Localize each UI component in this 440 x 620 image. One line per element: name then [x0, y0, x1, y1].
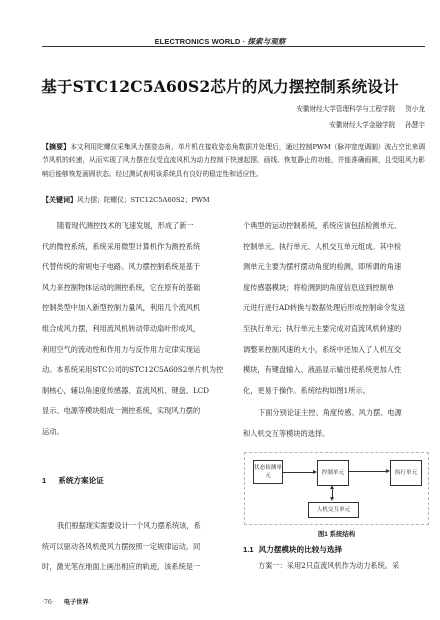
- body-line: 组合成风力摆，利用流风机转动带动扇叶形成风，: [42, 319, 222, 340]
- body-line: 测单元主要为摆杆摆动角度的检测，即所谓的角速: [243, 257, 428, 278]
- body-line: 控制单元、执行单元、人机交互单元组成。其中检: [243, 237, 428, 258]
- arrow-right-icon: [386, 469, 390, 473]
- body-line: 调整来控制风速的大小，系统中还加入了人机互交: [243, 340, 428, 361]
- running-head-en: ELECTRONICS WORLD: [155, 37, 241, 46]
- body-line: 代的微控系统，系统采用微型计算机作为测控系统: [42, 237, 222, 258]
- body-line: 个典型的运动控制系统，系统应该包括检测单元、: [243, 216, 428, 237]
- body-line: 利用空气的流动性和作用力与反作用力定律实现运: [42, 340, 222, 361]
- keywords-text: 风力摆；陀螺仪；STC12C5A60S2；PWM: [77, 196, 210, 204]
- body-line: 显示、电源等模块组成一测控系统，实现风力摆的: [42, 401, 222, 422]
- page-footer: ·76·电子世界: [42, 597, 89, 606]
- section-heading-1: 1系统方案论证: [42, 475, 104, 486]
- arrow-right-icon: [313, 470, 317, 474]
- page-number: ·76·: [42, 599, 54, 606]
- figure-system-structure: 状态检测单元 控制单元 执行单元 人机交互单元: [244, 452, 429, 525]
- abstract-text: 本文利用陀螺仪采集风力摆姿态角，单片机在接收姿态角数据并处理后，通过控制PWM（…: [42, 143, 425, 178]
- section-number: 1: [42, 476, 46, 485]
- author-2: 安徽财经大学金融学院孙慧宇: [329, 119, 425, 129]
- right-column-section-1-1: 方案一：采用2只直流风机作为动力系统。采: [243, 556, 428, 577]
- box-control: 控制单元: [317, 460, 349, 486]
- box-execute: 执行单元: [390, 460, 422, 486]
- arrow-up-icon: [330, 485, 334, 489]
- body-line: 代替传统的常规电子电路。风力摆控制系统是基于: [42, 257, 222, 278]
- body-line: 和人机交互等模块的选择。: [243, 424, 428, 445]
- body-line: 统可以驱动各风机使风力摆按照一定规律运动，同: [42, 537, 222, 558]
- body-line: 随着现代测控技术的飞速发展，形成了新一: [42, 216, 222, 237]
- figure-caption: 图1 系统结构: [244, 529, 429, 538]
- keywords: 【关键词】风力摆；陀螺仪；STC12C5A60S2；PWM: [42, 194, 210, 205]
- body-line: 元进行进行AD转换与数据处理后形成控制命令发送: [243, 298, 428, 319]
- body-line: 模块，有键盘输入、液晶显示输出使系统更加人性: [243, 360, 428, 381]
- left-column-section-1: 我们根据现实需要设计一个风力摆系统该，系 统可以驱动各风机使风力摆按照一定规律运…: [42, 516, 222, 578]
- arrow-line-detect-to-control: [282, 472, 313, 473]
- box-state-detect: 状态检测单元: [253, 460, 283, 484]
- body-line: 风力来控制物体运动的测控系统，它在原有的基础: [42, 278, 222, 299]
- body-line: 下面分别论证主控、角度传感、风力摆、电源: [243, 403, 428, 424]
- author-affiliation: 安徽财经大学金融学院: [329, 121, 395, 129]
- body-line: 度传感器模块；将检测到的角度信息送到控制单: [243, 278, 428, 299]
- body-line: 制核心，辅以角速度传感器、直流风机、键盘、LCD: [42, 381, 222, 402]
- body-line: 时，激光笔在地面上画出相应的轨迹，该系统是一: [42, 557, 222, 578]
- author-name: 贺小龙: [405, 105, 425, 113]
- author-affiliation: 安徽财经大学管理科学与工程学院: [296, 105, 395, 113]
- body-line: 运动。: [42, 422, 222, 443]
- journal-name: 电子世界: [64, 599, 89, 606]
- running-head-cn: 探索与观察: [247, 37, 285, 46]
- section-number: 1.1: [243, 545, 254, 554]
- keywords-label: 【关键词】: [42, 197, 77, 204]
- abstract-label: 【摘要】: [42, 144, 70, 151]
- body-line: 方案一：采用2只直流风机作为动力系统。采: [243, 556, 428, 577]
- box-hmi: 人机交互单元: [308, 502, 359, 518]
- arrow-line-control-to-execute: [348, 471, 386, 472]
- section-heading-1-1: 1.1风力摆模块的比较与选择: [243, 544, 342, 555]
- arrow-down-icon: [330, 497, 334, 501]
- header-rule: [42, 46, 425, 47]
- section-title: 风力摆模块的比较与选择: [259, 545, 343, 554]
- body-line: 我们根据现实需要设计一个风力摆系统该，系: [42, 516, 222, 537]
- body-line: 控制类型中加入新型控制力量风，利用几个流风机: [42, 298, 222, 319]
- paper-title: 基于STC12C5A60S2芯片的风力摆控制系统设计: [0, 75, 440, 97]
- body-line: 化，更易于操作。系统结构如图1所示。: [243, 381, 428, 402]
- author-name: 孙慧宇: [405, 121, 425, 129]
- section-title: 系统方案论证: [58, 476, 104, 485]
- body-line: 至执行单元；执行单元主要完成对直流风机转速的: [243, 319, 428, 340]
- right-column: 个典型的运动控制系统，系统应该包括检测单元、 控制单元、执行单元、人机交互单元组…: [243, 216, 428, 445]
- left-column: 随着现代测控技术的飞速发展，形成了新一 代的微控系统，系统采用微型计算机作为测控…: [42, 216, 222, 443]
- body-line: 动。本系统采用STC公司的STC12C5A60S2单片机为控: [42, 360, 222, 381]
- abstract: 【摘要】本文利用陀螺仪采集风力摆姿态角，单片机在接收姿态角数据并处理后，通过控制…: [42, 141, 425, 181]
- author-1: 安徽财经大学管理科学与工程学院贺小龙: [296, 103, 425, 113]
